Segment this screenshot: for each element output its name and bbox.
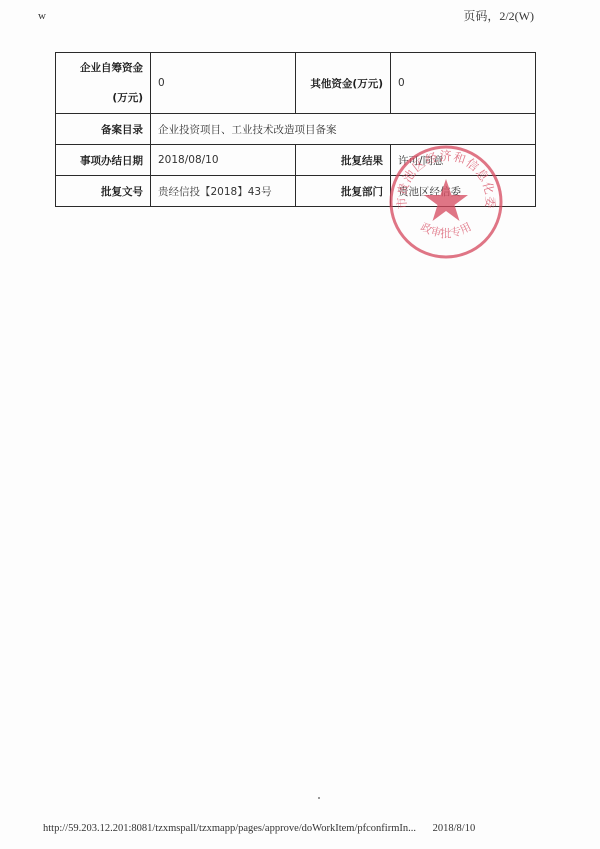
approval-dept-label: 批复部门	[296, 176, 391, 207]
self-funds-label: 企业自筹资金 (万元)	[56, 53, 151, 114]
footer-date: 2018/8/10	[433, 823, 476, 834]
table-row: 企业自筹资金 (万元) 0 其他资金(万元) 0	[56, 53, 536, 114]
approval-doc-label: 批复文号	[56, 176, 151, 207]
other-funds-value: 0	[391, 53, 536, 114]
completion-date-label: 事项办结日期	[56, 145, 151, 176]
table-row: 备案目录 企业投资项目、工业技术改造项目备案	[56, 114, 536, 145]
catalog-value: 企业投资项目、工业技术改造项目备案	[151, 114, 536, 145]
completion-date-value: 2018/08/10	[151, 145, 296, 176]
approval-result-label: 批复结果	[296, 145, 391, 176]
header-left-mark: w	[38, 10, 46, 22]
approval-dept-value: 贵池区经信委	[391, 176, 536, 207]
catalog-label: 备案目录	[56, 114, 151, 145]
other-funds-label: 其他资金(万元)	[296, 53, 391, 114]
table-row: 批复文号 贵经信投【2018】43号 批复部门 贵池区经信委	[56, 176, 536, 207]
approval-result-value: 许可/同意	[391, 145, 536, 176]
self-funds-value: 0	[151, 53, 296, 114]
page-number: 页码，2/2(W)	[463, 7, 534, 24]
footer-url: http://59.203.12.201:8081/tzxmspall/tzxm…	[43, 823, 416, 834]
scan-speck	[318, 797, 320, 799]
table-row: 事项办结日期 2018/08/10 批复结果 许可/同意	[56, 145, 536, 176]
approval-doc-value: 贵经信投【2018】43号	[151, 176, 296, 207]
print-footer: http://59.203.12.201:8081/tzxmspall/tzxm…	[43, 823, 475, 834]
record-table: 企业自筹资金 (万元) 0 其他资金(万元) 0 备案目录 企业投资项目、工业技…	[55, 52, 536, 207]
